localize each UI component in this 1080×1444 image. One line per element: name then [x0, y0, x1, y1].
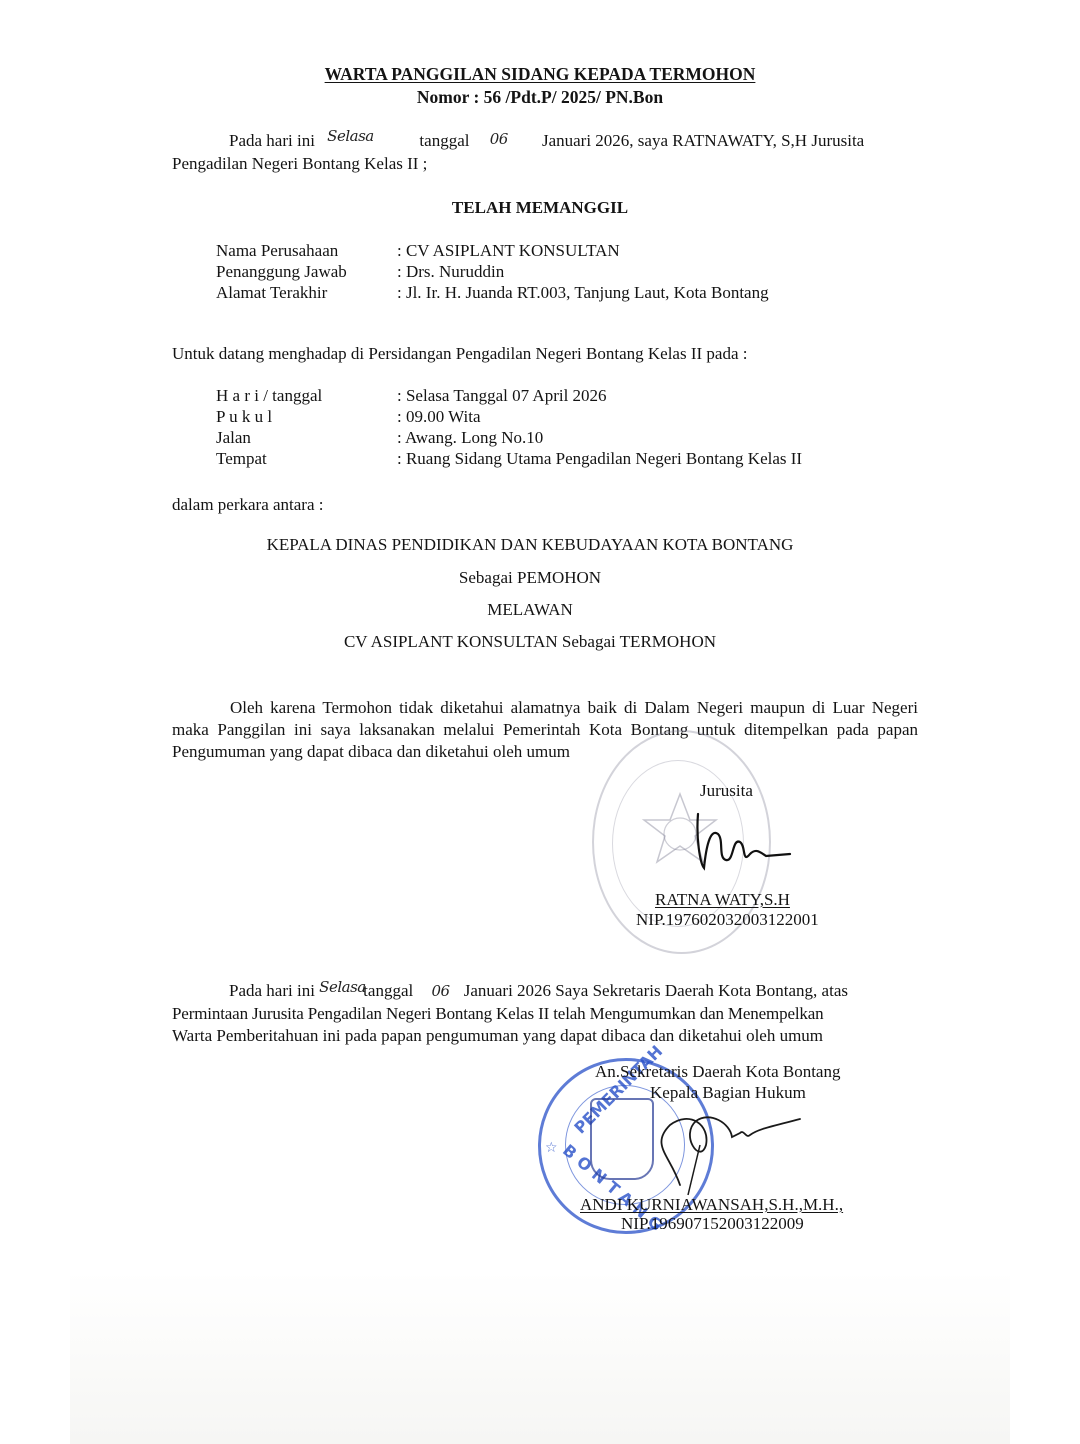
signature1-nip: NIP.197602032003122001	[636, 909, 819, 930]
signature2-nip: NIP.196907152003122009	[621, 1213, 804, 1234]
document-title: WARTA PANGGILAN SIDANG KEPADA TERMOHON	[0, 64, 1080, 85]
document-number: Nomor : 56 /Pdt.P/ 2025/ PN.Bon	[0, 87, 1080, 108]
handwritten-day: Selasa	[327, 126, 415, 147]
handwritten-day-2: Selasa	[319, 977, 363, 998]
intro-suffix: Januari 2026, saya RATNAWATY, S,H Jurusi…	[542, 131, 864, 150]
hearing-value: : Awang. Long No.10	[397, 428, 543, 447]
respondent-value: : Jl. Ir. H. Juanda RT.003, Tanjung Laut…	[397, 283, 769, 302]
appear-text: Untuk datang menghadap di Persidangan Pe…	[172, 343, 747, 364]
hearing-value: : 09.00 Wita	[397, 407, 481, 426]
signature2-line1: An.Sekretaris Daerah Kota Bontang	[595, 1061, 840, 1082]
respondent-row: Penanggung Jawab: Drs. Nuruddin	[216, 261, 769, 282]
intro-prefix: Pada hari ini	[229, 131, 315, 150]
signature1-name: RATNA WATY,S.H	[655, 889, 790, 910]
hearing-label: P u k u l	[216, 406, 397, 427]
hearing-details: H a r i / tanggal: Selasa Tanggal 07 Apr…	[216, 385, 802, 469]
hearing-label: Tempat	[216, 448, 397, 469]
respondent-row: Alamat Terakhir: Jl. Ir. H. Juanda RT.00…	[216, 282, 769, 303]
signature2-line2: Kepala Bagian Hukum	[650, 1082, 806, 1103]
respondent-label: Nama Perusahaan	[216, 240, 397, 261]
respondent-label: Alamat Terakhir	[216, 282, 397, 303]
hearing-row: Jalan: Awang. Long No.10	[216, 427, 802, 448]
announcement-prefix: Pada hari ini	[229, 981, 315, 1000]
announcement-line-3: Warta Pemberitahuan ini pada papan pengu…	[172, 1025, 823, 1046]
respondent-party: CV ASIPLANT KONSULTAN Sebagai TERMOHON	[0, 632, 1070, 652]
announcement-line-1: Pada hari ini Selasatanggal 06 Januari 2…	[229, 980, 848, 1002]
handwritten-date-2: 06	[431, 981, 459, 1002]
signature1-role: Jurusita	[700, 780, 753, 801]
versus: MELAWAN	[0, 600, 1070, 620]
intro-date-label: tanggal	[419, 131, 469, 150]
summoned-heading: TELAH MEMANGGIL	[0, 198, 1080, 218]
signature2-scribble-icon	[640, 1105, 820, 1195]
signature2-name: ANDI KURNIAWANSAH,S.H.,M.H.,	[580, 1194, 843, 1215]
signature1-scribble-icon	[690, 808, 800, 878]
hearing-label: H a r i / tanggal	[216, 385, 397, 406]
hearing-row: H a r i / tanggal: Selasa Tanggal 07 Apr…	[216, 385, 802, 406]
star-icon: ☆	[545, 1140, 558, 1156]
announcement-suffix: Januari 2026 Saya Sekretaris Daerah Kota…	[464, 981, 848, 1000]
intro-line-1: Pada hari ini Selasa tanggal 06 Januari …	[229, 130, 864, 152]
respondent-row: Nama Perusahaan: CV ASIPLANT KONSULTAN	[216, 240, 769, 261]
intro-line-2: Pengadilan Negeri Bontang Kelas II ;	[172, 153, 427, 174]
hearing-row: P u k u l: 09.00 Wita	[216, 406, 802, 427]
reason-text: Oleh karena Termohon tidak diketahui ala…	[172, 698, 918, 761]
hearing-value: : Selasa Tanggal 07 April 2026	[397, 386, 607, 405]
petitioner-role: Sebagai PEMOHON	[0, 568, 1070, 588]
announcement-line-2: Permintaan Jurusita Pengadilan Negeri Bo…	[172, 1003, 824, 1024]
hearing-value: : Ruang Sidang Utama Pengadilan Negeri B…	[397, 449, 802, 468]
handwritten-date: 06	[490, 129, 538, 150]
petitioner: KEPALA DINAS PENDIDIKAN DAN KEBUDAYAAN K…	[0, 535, 1070, 555]
case-intro: dalam perkara antara :	[172, 494, 324, 515]
reason-paragraph: Oleh karena Termohon tidak diketahui ala…	[172, 697, 918, 763]
respondent-value: : CV ASIPLANT KONSULTAN	[397, 241, 620, 260]
respondent-value: : Drs. Nuruddin	[397, 262, 504, 281]
respondent-details: Nama Perusahaan: CV ASIPLANT KONSULTAN P…	[216, 240, 769, 303]
hearing-row: Tempat: Ruang Sidang Utama Pengadilan Ne…	[216, 448, 802, 469]
hearing-label: Jalan	[216, 427, 397, 448]
respondent-label: Penanggung Jawab	[216, 261, 397, 282]
announcement-date-label: tanggal	[363, 981, 413, 1000]
